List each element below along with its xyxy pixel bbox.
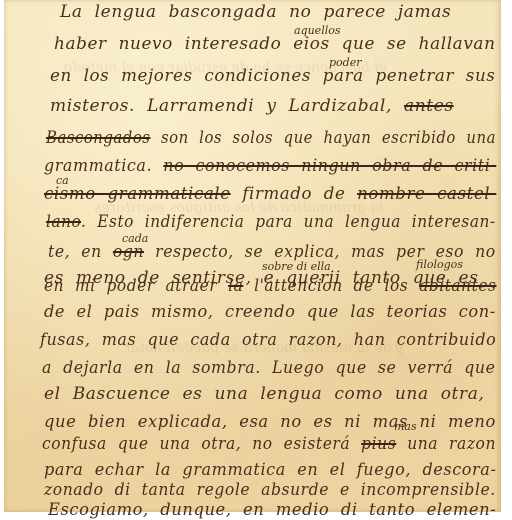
- line-text: Escogiamo, dunque, en medio di tanto ele…: [48, 500, 496, 512]
- line-text: misteros. Larramendi y Lardizabal,: [50, 96, 392, 116]
- line-text: firmado de: [242, 184, 345, 204]
- manuscript-page: el bascuence se ha de estudiar con el me…: [4, 0, 501, 512]
- insertion-above-line: mas: [394, 420, 417, 433]
- struck-text: no conocemos ningun obra de criti-: [163, 156, 496, 176]
- struck-text: pius: [361, 434, 396, 454]
- struck-text: lano: [46, 212, 81, 232]
- manuscript-line-19: zonado di tanta regole absurde e incompr…: [44, 480, 496, 500]
- manuscript-line-13: fusas, mas que cada otra razon, han cont…: [40, 330, 496, 350]
- line-text: . Esto indiferencia para una lengua inte…: [81, 212, 496, 232]
- line-text: de el pais mismo, creendo que las teoria…: [44, 302, 496, 322]
- line-text: l'attencion de los: [243, 276, 408, 296]
- line-text: el Bascuence es una lengua como una otra…: [44, 384, 484, 404]
- line-text: fusas, mas que cada otra razon, han cont…: [40, 330, 496, 350]
- manuscript-line-5: Bascongados son los solos que hayan escr…: [46, 128, 496, 148]
- line-text: confusa que una otra, no esisterá: [42, 434, 350, 454]
- line-text: que bien explicada, esa no es ni mas ni …: [44, 412, 496, 432]
- struck-text: cismo grammaticale: [44, 184, 231, 204]
- line-text: una razon: [396, 434, 496, 454]
- line-text: para echar la grammatica en el fuego, de…: [44, 460, 496, 480]
- struck-text: ogn: [113, 242, 144, 262]
- line-text: son los solos que hayan escribido una: [161, 128, 496, 148]
- manuscript-line-18: para echar la grammatica en el fuego, de…: [44, 460, 496, 480]
- manuscript-line-6: grammatica. no conocemos ningun obra de …: [44, 156, 496, 176]
- line-text: te, en: [48, 242, 102, 262]
- line-text: a dejarla en la sombra. Luego que se ver…: [42, 358, 495, 378]
- struck-text: Bascongados: [46, 128, 150, 148]
- insertion-above-line: sobre di ella: [262, 260, 331, 273]
- struck-text: antes: [404, 96, 454, 116]
- line-text: grammatica.: [44, 156, 152, 176]
- line-text: en los mejores condiciones para penetrar…: [50, 66, 495, 86]
- manuscript-line-20: Escogiamo, dunque, en medio di tanto ele…: [48, 500, 496, 512]
- line-text: zonado di tanta regole absurde e incompr…: [44, 480, 496, 500]
- manuscript-line-7: cismo grammaticale firmado de nombre cas…: [44, 184, 496, 204]
- struck-text: la: [228, 276, 243, 296]
- line-text: La lengua bascongada no parece jamas: [60, 2, 451, 22]
- manuscript-line-3: en los mejores condiciones para penetrar…: [50, 66, 495, 86]
- manuscript-line-2: haber nuevo interesado eios que se halla…: [54, 34, 496, 54]
- manuscript-line-12: de el pais mismo, creendo que las teoria…: [44, 302, 496, 322]
- manuscript-line-11-content: en mi poder atraer la l'attencion de los…: [44, 276, 496, 296]
- struck-text: abitantes: [419, 276, 496, 296]
- manuscript-line-17: confusa que una otra, no esisterá pius u…: [42, 434, 496, 454]
- manuscript-line-16: que bien explicada, esa no es ni mas ni …: [44, 412, 496, 432]
- line-text: haber nuevo interesado eios que se halla…: [54, 34, 496, 54]
- manuscript-line-14: a dejarla en la sombra. Luego que se ver…: [42, 358, 495, 378]
- manuscript-line-4: misteros. Larramendi y Lardizabal, antes: [50, 96, 454, 116]
- manuscript-line-1: La lengua bascongada no parece jamas: [60, 2, 451, 22]
- manuscript-line-8: lano. Esto indiferencia para una lengua …: [46, 212, 496, 232]
- manuscript-line-15: el Bascuence es una lengua como una otra…: [44, 384, 484, 404]
- line-text: en mi poder atraer: [44, 276, 217, 296]
- insertion-above-line: filologos: [416, 258, 463, 271]
- struck-text: nombre castel-: [357, 184, 496, 204]
